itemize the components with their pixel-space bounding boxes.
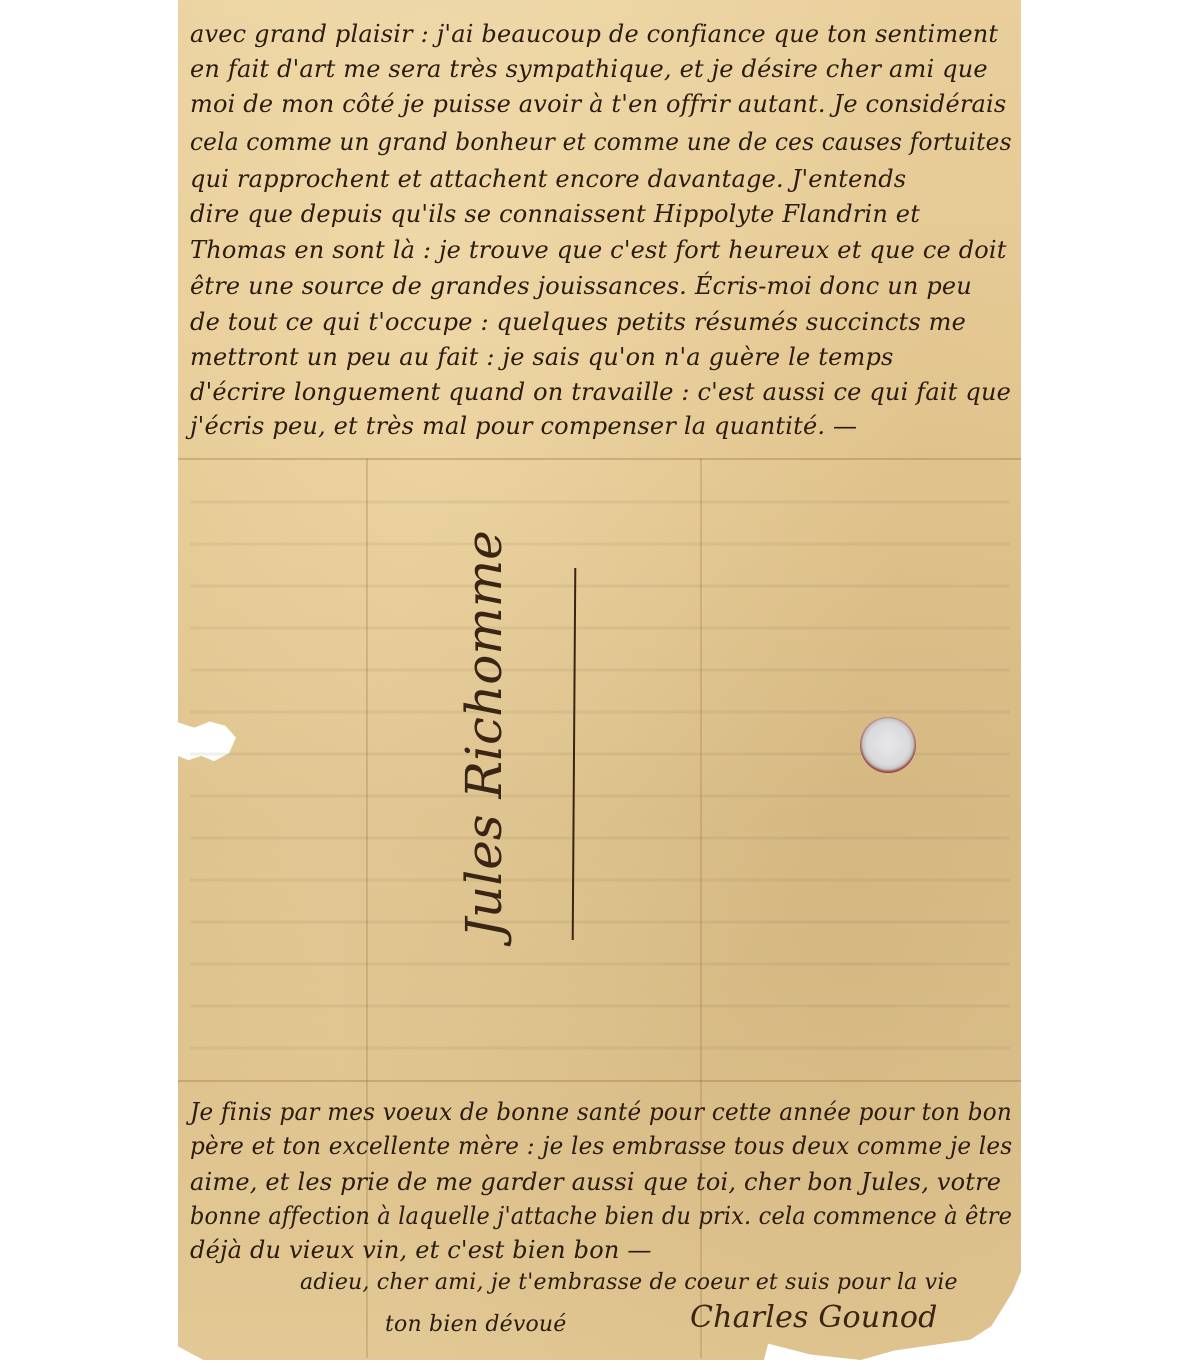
letter-line: qui rapprochent et attachent encore dava… <box>190 165 906 193</box>
fold-line-upper <box>178 458 1021 460</box>
letter-line: d'écrire longuement quand on travaille :… <box>190 378 1011 406</box>
letter-line: père et ton excellente mère : je les emb… <box>190 1132 1012 1160</box>
fold-line-lower <box>178 1080 1021 1082</box>
letter-line: de tout ce qui t'occupe : quelques petit… <box>190 308 966 336</box>
letter-line: avec grand plaisir : j'ai beaucoup de co… <box>190 20 998 48</box>
letter-line: mettront un peu au fait : je sais qu'on … <box>190 343 894 371</box>
letter-line: bonne affection à laquelle j'attache bie… <box>190 1202 1012 1230</box>
letter-line: j'écris peu, et très mal pour compenser … <box>190 412 857 440</box>
letter-line: Je finis par mes voeux de bonne santé po… <box>190 1098 1012 1126</box>
addressee-name: Jules Richomme <box>455 530 513 938</box>
letter-line: moi de mon côté je puisse avoir à t'en o… <box>190 90 1006 118</box>
letter-line: dire que depuis qu'ils se connaissent Hi… <box>190 200 920 228</box>
letter-line: déjà du vieux vin, et c'est bien bon — <box>190 1236 652 1264</box>
wax-seal <box>860 717 916 773</box>
letter-line: aime, et les prie de me garder aussi que… <box>190 1168 1001 1196</box>
signature: Charles Gounod <box>690 1300 938 1335</box>
letter-line: Thomas en sont là : je trouve que c'est … <box>190 236 1007 264</box>
valediction: ton bien dévoué <box>385 1312 567 1337</box>
letter-line: cela comme un grand bonheur et comme une… <box>190 128 1012 156</box>
letter-line: en fait d'art me sera très sympathique, … <box>190 55 988 83</box>
letter-line: être une source de grandes jouissances. … <box>190 272 972 300</box>
closing-line: adieu, cher ami, je t'embrasse de coeur … <box>300 1270 958 1295</box>
